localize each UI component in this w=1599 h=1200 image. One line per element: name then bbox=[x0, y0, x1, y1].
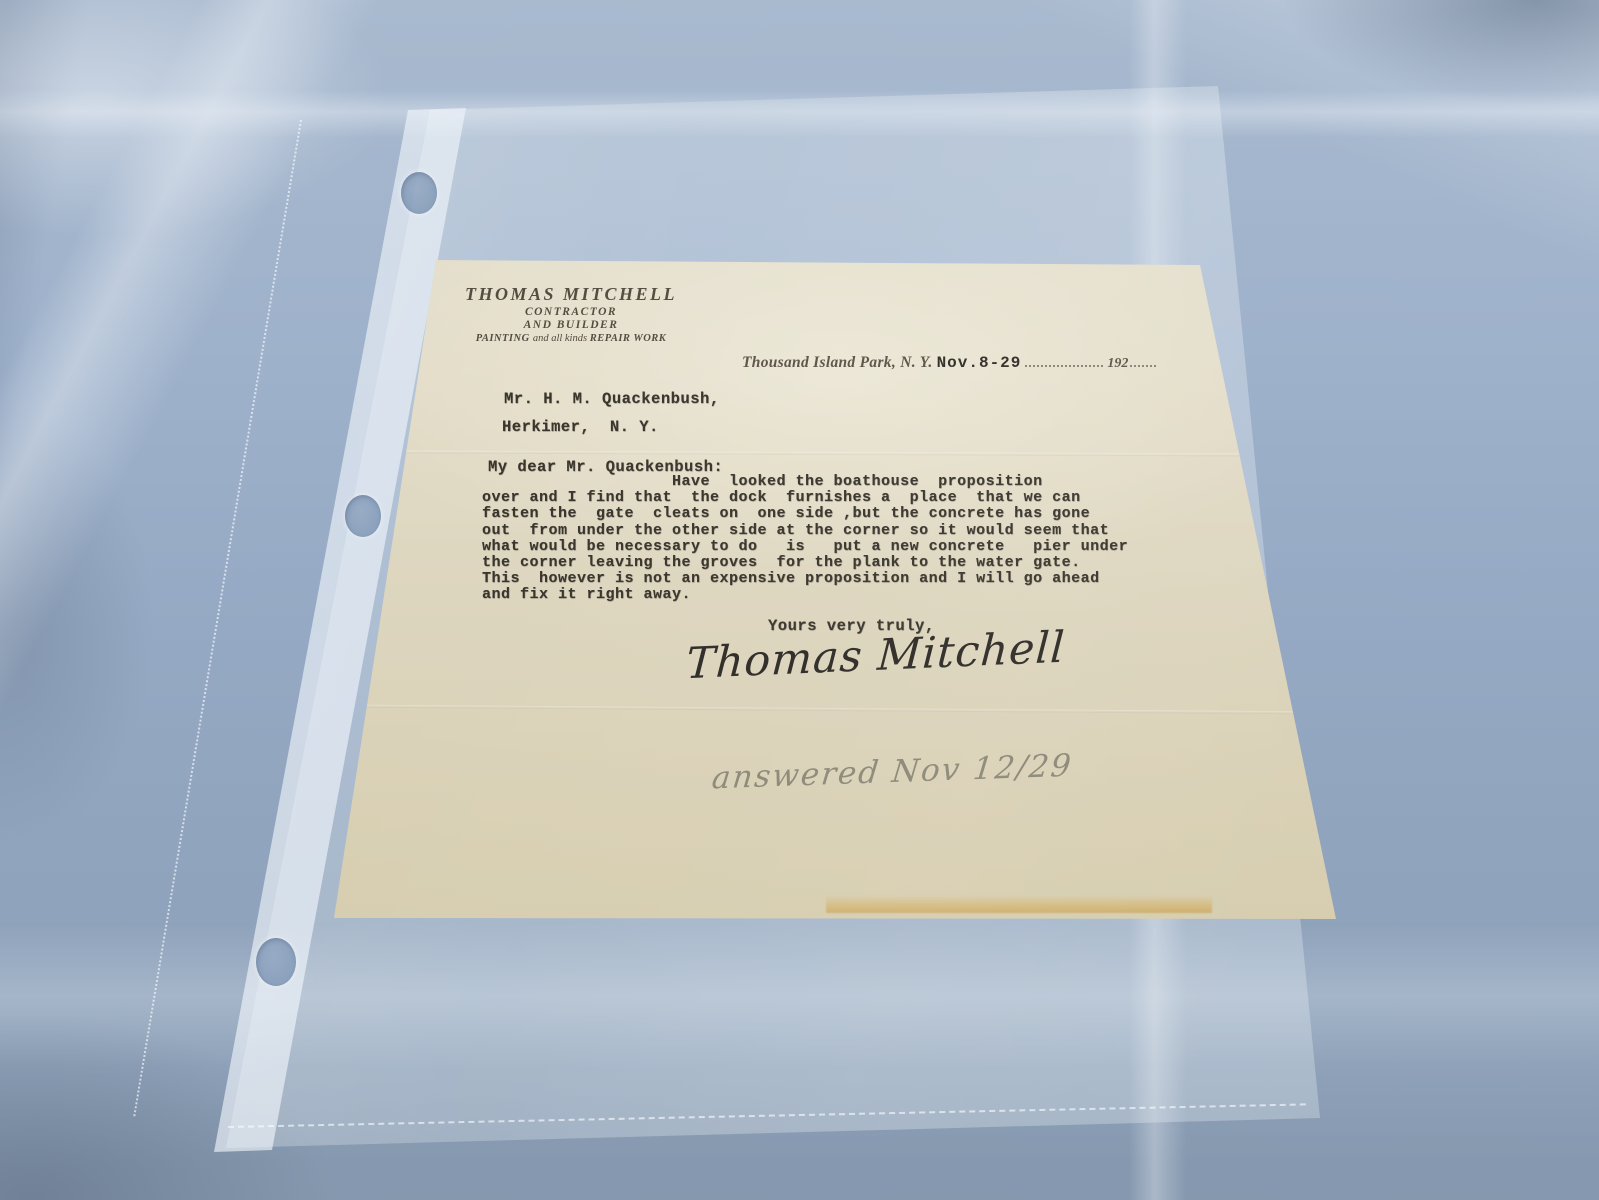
letterhead-name: THOMAS MITCHELL bbox=[438, 284, 704, 305]
dateline-year: 192 bbox=[1107, 356, 1128, 371]
letterhead-services-prefix: PAINTING bbox=[476, 333, 533, 344]
letter-body: Have looked the boathouse proposition ov… bbox=[482, 474, 1128, 604]
dateline-typed-date: Nov.8-29 bbox=[937, 354, 1022, 372]
body-line: the corner leaving the groves for the pl… bbox=[482, 555, 1128, 571]
body-line: out from under the other side at the cor… bbox=[482, 523, 1128, 539]
photo-scene: THOMAS MITCHELL CONTRACTOR AND BUILDER P… bbox=[0, 0, 1599, 1200]
letterhead-title-2: AND BUILDER bbox=[438, 320, 704, 331]
dateline: Thousand Island Park, N. Y.Nov.8-29192 bbox=[742, 354, 1162, 372]
letterhead-services-mid: and all kinds bbox=[533, 333, 590, 344]
body-line: over and I find that the dock furnishes … bbox=[482, 490, 1128, 506]
tape-stain bbox=[826, 896, 1212, 913]
body-line: what would be necessary to do is put a n… bbox=[482, 539, 1128, 555]
body-line: and fix it right away. bbox=[482, 587, 1128, 603]
letterhead-services: PAINTING and all kinds REPAIR WORK bbox=[438, 333, 704, 344]
paper-fold-crease-upper bbox=[334, 450, 1340, 457]
dateline-dotted-rule-end bbox=[1130, 355, 1156, 367]
handwritten-signature: Thomas Mitchell bbox=[685, 621, 1108, 690]
letterhead-title-1: CONTRACTOR bbox=[438, 307, 704, 318]
pencil-annotation: answered Nov 12/29 bbox=[710, 748, 1074, 797]
body-line: Have looked the boathouse proposition bbox=[482, 474, 1128, 490]
body-line: This however is not an expensive proposi… bbox=[482, 571, 1128, 587]
recipient-city: Herkimer, N. Y. bbox=[502, 418, 659, 436]
dateline-place: Thousand Island Park, N. Y. bbox=[742, 354, 933, 371]
binder-hole-top bbox=[401, 172, 437, 214]
body-line: fasten the gate cleats on one side ,but … bbox=[482, 506, 1128, 522]
letter-document: THOMAS MITCHELL CONTRACTOR AND BUILDER P… bbox=[334, 256, 1340, 922]
paper-fold-crease-lower bbox=[334, 704, 1340, 714]
letterhead: THOMAS MITCHELL CONTRACTOR AND BUILDER P… bbox=[438, 284, 704, 344]
binder-hole-middle bbox=[345, 495, 381, 537]
recipient-name: Mr. H. M. Quackenbush, bbox=[504, 390, 720, 408]
letterhead-services-suffix: REPAIR WORK bbox=[590, 333, 667, 344]
dateline-dotted-rule bbox=[1025, 355, 1103, 367]
binder-hole-bottom bbox=[256, 938, 296, 986]
